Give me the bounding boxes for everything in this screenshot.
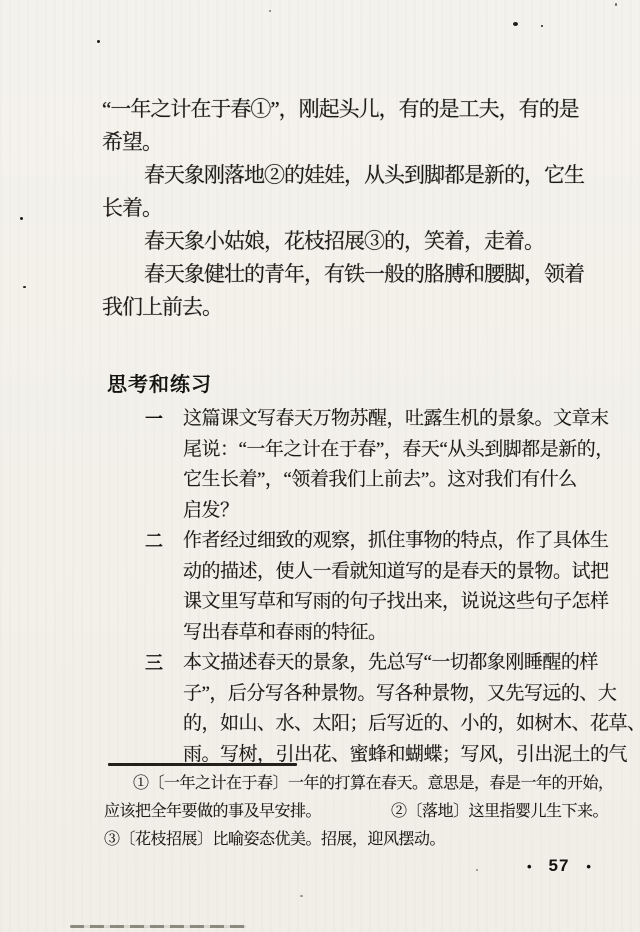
text-line: “一年之计在于春①”，刚起头儿，有的是工夫，有的是 [102, 93, 604, 126]
footnote-line: ③〔花枝招展〕比喻姿态优美。招展，迎风摆动。 [104, 826, 612, 854]
text-line: 本文描述春天的景象，先总写“一切都象刚睡醒的样 [183, 648, 640, 679]
exercises-heading: 思考和练习 [107, 368, 212, 397]
scan-speck [513, 22, 518, 26]
scan-speck [97, 40, 100, 43]
scan-speck [541, 25, 543, 27]
text-line: 它生长着”，“领着我们上前去”。这对我们有什么 [183, 465, 614, 496]
text-line: 尾说：“一年之计在于春”，春天“从头到脚都是新的， [183, 435, 614, 466]
scan-speck [300, 895, 303, 897]
footnote-line: ①〔一年之计在于春〕一年的打算在春天。意思是，春是一年的开始， [104, 770, 612, 798]
scan-speck [269, 10, 271, 12]
text-line: 长着。 [102, 192, 604, 225]
text-line: 春天象健壮的青年，有铁一般的胳膊和腰脚，领着 [102, 258, 604, 291]
text-line: 我们上前去。 [102, 291, 604, 324]
scan-speck [615, 3, 617, 6]
text-line: 子”，后分写各种景物。写各种景物，又先写远的、大 [183, 679, 640, 710]
scan-speck [476, 869, 478, 871]
exercise-item-3: 三 本文描述春天的景象，先总写“一切都象刚睡醒的样 子”，后分写各种景物。写各种… [145, 648, 607, 770]
exercise-text: 作者经过细致的观察，抓住事物的特点，作了具体生 动的描述，使人一看就知道写的是春… [183, 526, 609, 648]
text-line: 春天象小姑娘，花枝招展③的，笑着，走着。 [102, 225, 604, 258]
exercise-number: 一 [145, 404, 183, 435]
exercise-number: 三 [145, 648, 183, 679]
exercise-text: 这篇课文写春天万物苏醒，吐露生机的景象。文章末 尾说：“一年之计在于春”，春天“… [183, 404, 614, 526]
page-number-value: 57 [549, 856, 570, 876]
text-line: 启发？ [183, 496, 614, 527]
exercises-section: 一 这篇课文写春天万物苏醒，吐露生机的景象。文章末 尾说：“一年之计在于春”，春… [145, 404, 607, 770]
exercise-text: 本文描述春天的景象，先总写“一切都象刚睡醒的样 子”，后分写各种景物。写各种景物… [183, 648, 640, 770]
text-line: 动的描述，使人一看就知道写的是春天的景物。试把 [183, 557, 609, 588]
footnote-separator-rule [108, 763, 297, 766]
footnotes-section: ①〔一年之计在于春〕一年的打算在春天。意思是，春是一年的开始， 应该把全年要做的… [104, 770, 612, 854]
exercise-item-1: 一 这篇课文写春天万物苏醒，吐露生机的景象。文章末 尾说：“一年之计在于春”，春… [145, 404, 607, 526]
text-line: 课文里写草和写雨的句子找出来，说说这些句子怎样 [183, 587, 609, 618]
page-number-bullet: • [527, 858, 532, 875]
page-number-bullet: • [586, 858, 591, 875]
exercise-item-2: 二 作者经过细致的观察，抓住事物的特点，作了具体生 动的描述，使人一看就知道写的… [145, 526, 607, 648]
lesson-body-text: “一年之计在于春①”，刚起头儿，有的是工夫，有的是 希望。 春天象刚落地②的娃娃… [102, 93, 604, 324]
text-line: 的，如山、水、太阳；后写近的、小的，如树木、花草、风 [183, 709, 640, 740]
scan-speck [23, 286, 26, 288]
text-line: 春天象刚落地②的娃娃，从头到脚都是新的，它生 [102, 159, 604, 192]
scanned-textbook-page: “一年之计在于春①”，刚起头儿，有的是工夫，有的是 希望。 春天象刚落地②的娃娃… [0, 0, 640, 932]
text-line: 希望。 [102, 126, 604, 159]
scan-smudge [70, 925, 246, 928]
footnote-line: 应该把全年要做的事及早安排。②〔落地〕这里指婴儿生下来。 [104, 798, 612, 826]
exercise-number: 二 [145, 526, 183, 557]
footnote-2-left: 应该把全年要做的事及早安排。 [104, 803, 321, 820]
text-line: 作者经过细致的观察，抓住事物的特点，作了具体生 [183, 526, 609, 557]
page-number: • 57 • [527, 856, 591, 876]
scan-speck [20, 217, 23, 220]
text-line: 写出春草和春雨的特征。 [183, 618, 609, 649]
text-line: 这篇课文写春天万物苏醒，吐露生机的景象。文章末 [183, 404, 614, 435]
footnote-2-right: ②〔落地〕这里指婴儿生下来。 [391, 803, 608, 820]
